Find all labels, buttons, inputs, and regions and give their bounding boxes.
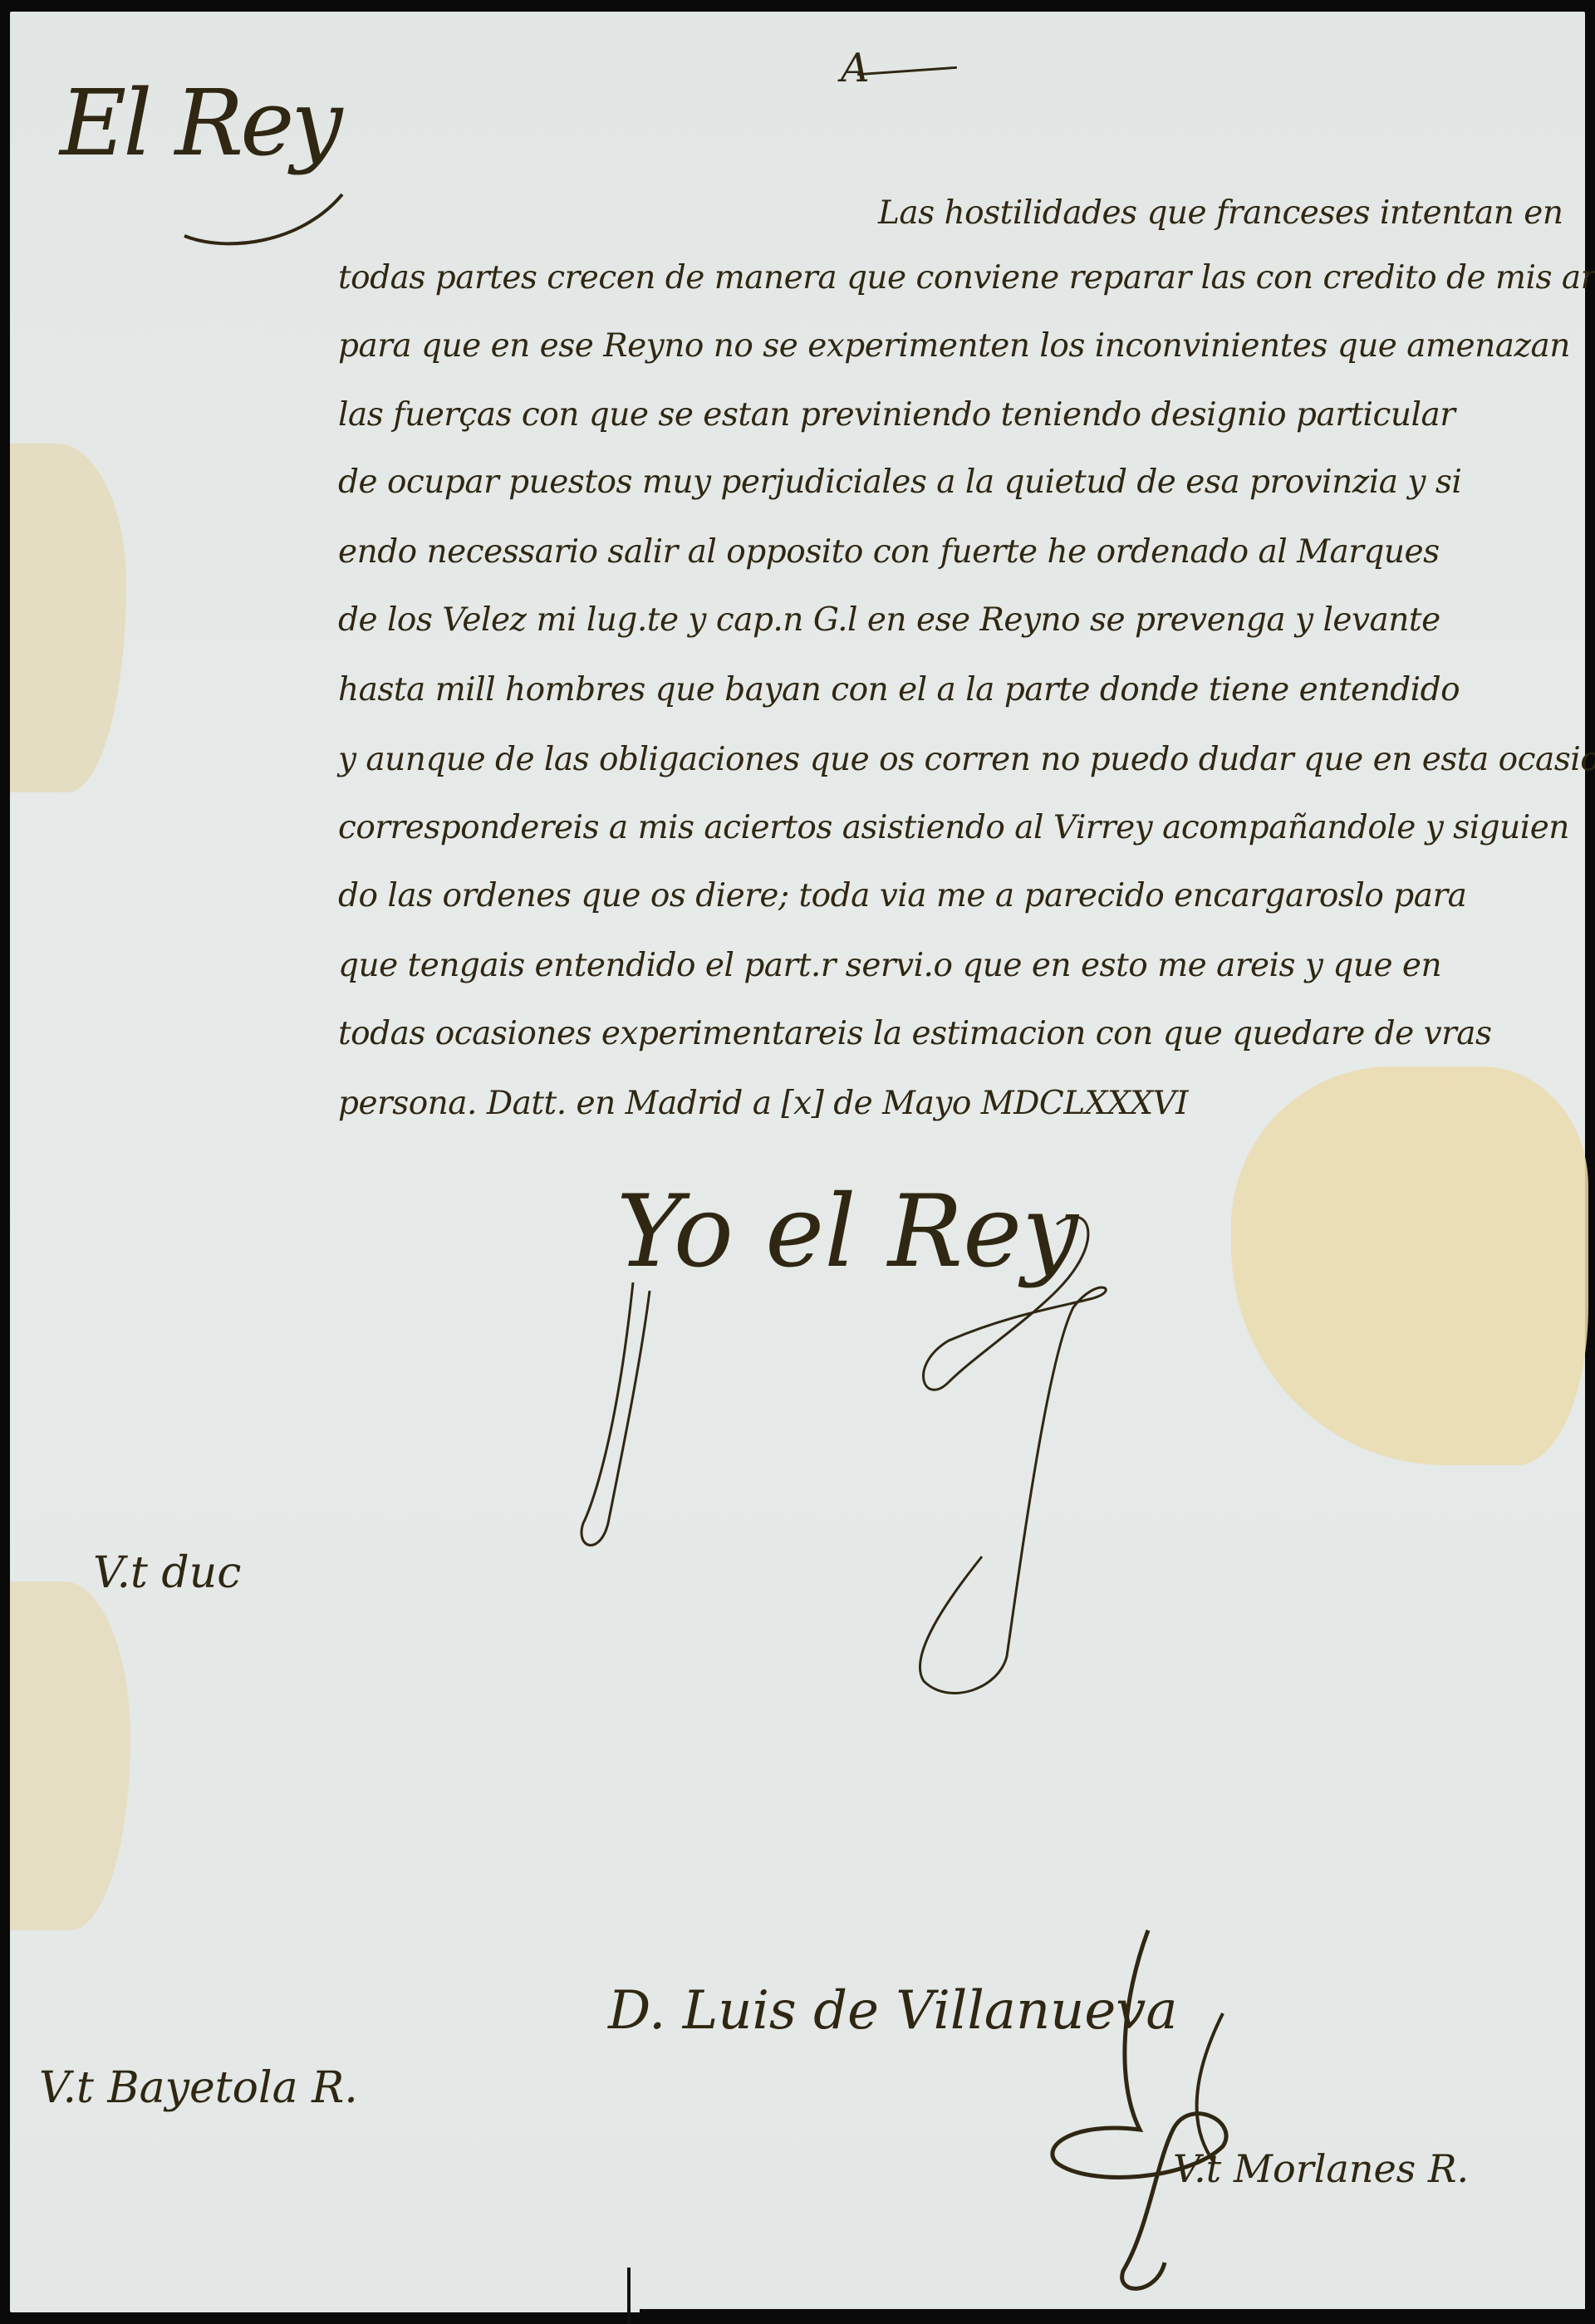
scan-frame <box>640 2309 1595 2324</box>
water-stain <box>10 1581 130 1930</box>
water-stain <box>1231 1066 1588 1465</box>
body-line: persona. Datt. en Madrid a [x] de Mayo M… <box>338 1085 1188 1122</box>
body-line: las fuerças con que se estan previniendo… <box>338 396 1455 434</box>
folio-mark: A <box>841 45 870 91</box>
body-line: y aunque de las obligaciones que os corr… <box>338 741 1595 778</box>
signature-flourish-icon <box>558 1191 1223 1723</box>
body-line: de los Velez mi lug.te y cap.n G.l en es… <box>338 601 1440 639</box>
body-line: para que en ese Reyno no se experimenten… <box>338 327 1570 365</box>
letter-heading: El Rey <box>60 70 340 176</box>
manuscript-page: A El Rey Las hostilidades que franceses … <box>10 12 1585 2312</box>
body-line: todas partes crecen de manera que convie… <box>338 259 1595 297</box>
margin-note-left-middle: V.t duc <box>93 1548 241 1598</box>
secretary-rubric-icon <box>1023 1914 1422 2312</box>
margin-note-left-bottom: V.t Bayetola R. <box>39 2063 358 2113</box>
body-line: correspondereis a mis aciertos asistiend… <box>338 809 1569 846</box>
water-stain <box>10 444 126 792</box>
body-line: endo necessario salir al opposito con fu… <box>338 533 1440 571</box>
body-line: que tengais entendido el part.r servi.o … <box>338 947 1441 984</box>
margin-note-right-bottom: V.t Morlanes R. <box>1173 2146 1469 2191</box>
body-line: do las ordenes que os diere; toda via me… <box>338 877 1466 914</box>
scan-edge-mark <box>627 2268 631 2324</box>
body-line: de ocupar puestos muy perjudiciales a la… <box>338 463 1461 501</box>
body-line: todas ocasiones experimentareis la estim… <box>338 1015 1492 1052</box>
body-line: Las hostilidades que franceses intentan … <box>878 194 1563 232</box>
heading-flourish-icon <box>176 178 359 253</box>
body-line: hasta mill hombres que bayan con el a la… <box>338 671 1460 708</box>
